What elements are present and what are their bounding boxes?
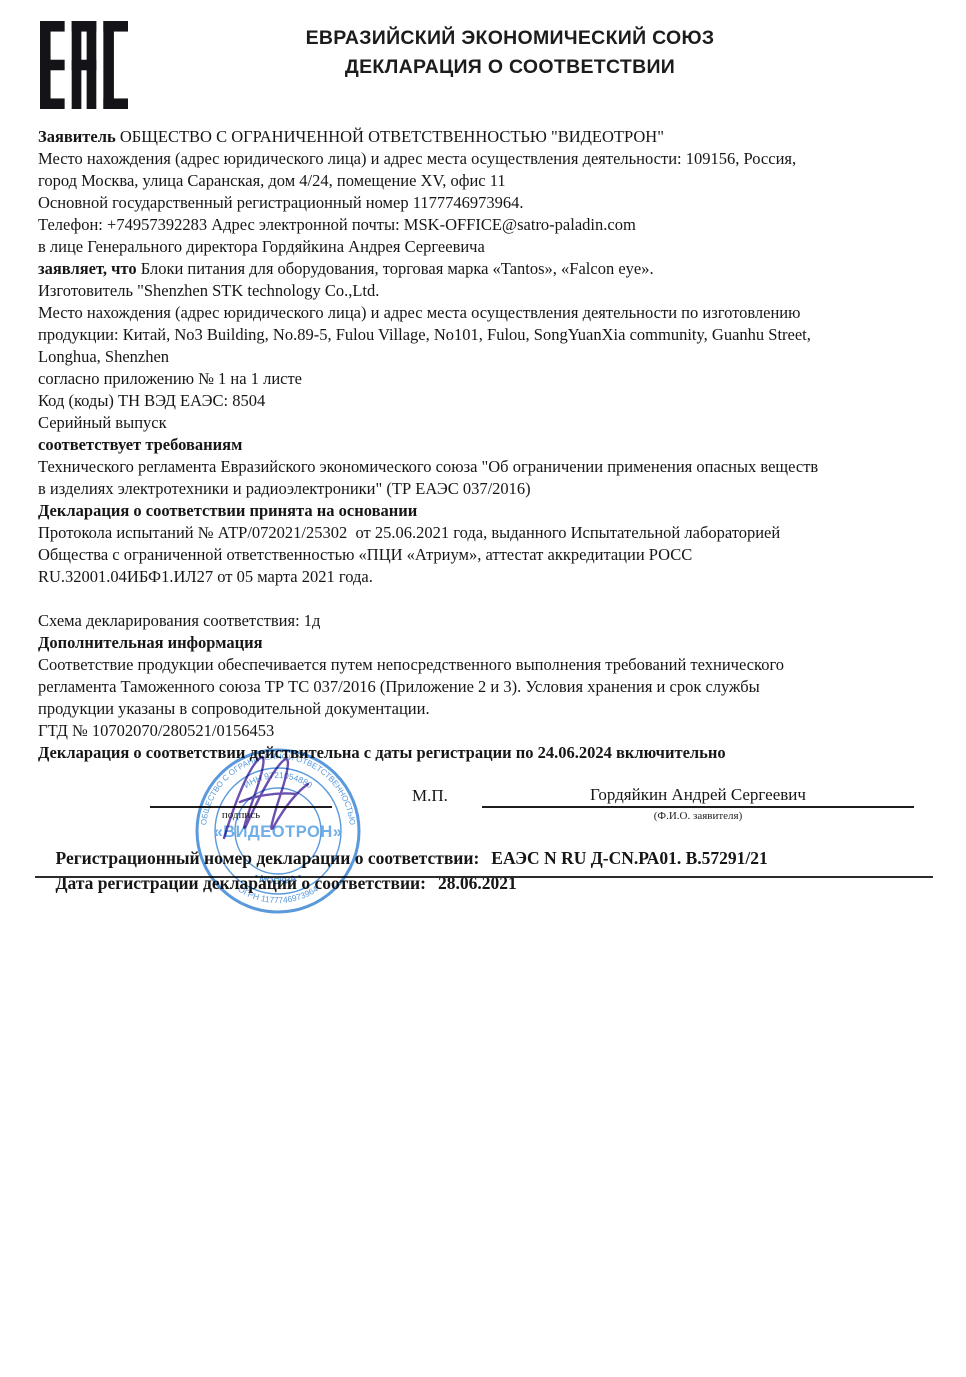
handwritten-signature bbox=[196, 746, 356, 856]
doc-line: Изготовитель "Shenzhen STK technology Co… bbox=[38, 280, 940, 302]
doc-line: продукции указаны в сопроводительной док… bbox=[38, 698, 940, 720]
doc-line: Соответствие продукции обеспечивается пу… bbox=[38, 654, 940, 676]
doc-line: заявляет, что Блоки питания для оборудов… bbox=[38, 258, 940, 280]
bottom-rule bbox=[35, 876, 933, 878]
stamp-ring-inner-bottom-text: • МОСКВА • bbox=[253, 871, 303, 886]
svg-text:• МОСКВА •: • МОСКВА • bbox=[253, 871, 303, 886]
doc-line: Основной государственный регистрационный… bbox=[38, 192, 940, 214]
doc-line: регламента Таможенного союза ТР ТС 037/2… bbox=[38, 676, 940, 698]
applicant-name-caption: (Ф.И.О. заявителя) bbox=[482, 810, 914, 822]
doc-line: RU.32001.04ИБФ1.ИЛ27 от 05 марта 2021 го… bbox=[38, 566, 940, 588]
doc-line: Телефон: +74957392283 Адрес электронной … bbox=[38, 214, 940, 236]
doc-line: продукции: Китай, No3 Building, No.89-5,… bbox=[38, 324, 940, 346]
doc-line: Longhua, Shenzhen bbox=[38, 346, 940, 368]
doc-line: Дополнительная информация bbox=[38, 632, 940, 654]
doc-line: Схема декларирования соответствия: 1д bbox=[38, 610, 940, 632]
doc-line: Технического регламента Евразийского эко… bbox=[38, 456, 940, 478]
doc-line bbox=[38, 588, 940, 610]
doc-line: в изделиях электротехники и радиоэлектро… bbox=[38, 478, 940, 500]
declaration-document: ЕВРАЗИЙСКИЙ ЭКОНОМИЧЕСКИЙ СОЮЗ ДЕКЛАРАЦИ… bbox=[0, 0, 966, 1377]
document-title: ЕВРАЗИЙСКИЙ ЭКОНОМИЧЕСКИЙ СОЮЗ ДЕКЛАРАЦИ… bbox=[60, 24, 960, 82]
doc-line: Серийный выпуск bbox=[38, 412, 940, 434]
doc-line: Заявитель ОБЩЕСТВО С ОГРАНИЧЕННОЙ ОТВЕТС… bbox=[38, 126, 940, 148]
doc-line: Протокола испытаний № АТР/072021/25302 о… bbox=[38, 522, 940, 544]
applicant-name: Гордяйкин Андрей Сергеевич bbox=[482, 785, 914, 805]
doc-line: Декларация о соответствии принята на осн… bbox=[38, 500, 940, 522]
registration-number-value: ЕАЭС N RU Д-CN.РА01. В.57291/21 bbox=[491, 848, 767, 868]
doc-line: город Москва, улица Саранская, дом 4/24,… bbox=[38, 170, 940, 192]
applicant-name-line bbox=[482, 806, 914, 808]
doc-line: Код (коды) ТН ВЭД ЕАЭС: 8504 bbox=[38, 390, 940, 412]
doc-line: Место нахождения (адрес юридического лиц… bbox=[38, 148, 940, 170]
stamp-place-label: М.П. bbox=[412, 786, 448, 806]
document-body: Заявитель ОБЩЕСТВО С ОГРАНИЧЕННОЙ ОТВЕТС… bbox=[38, 126, 940, 764]
doc-line: Общества с ограниченной ответственностью… bbox=[38, 544, 940, 566]
doc-line: в лице Генерального директора Гордяйкина… bbox=[38, 236, 940, 258]
doc-line: согласно приложению № 1 на 1 листе bbox=[38, 368, 940, 390]
doc-line: Место нахождения (адрес юридического лиц… bbox=[38, 302, 940, 324]
title-line-declaration: ДЕКЛАРАЦИЯ О СООТВЕТСТВИИ bbox=[60, 53, 960, 82]
title-line-union: ЕВРАЗИЙСКИЙ ЭКОНОМИЧЕСКИЙ СОЮЗ bbox=[60, 24, 960, 53]
doc-line: Декларация о соответствии действительна … bbox=[38, 742, 940, 764]
doc-line: ГТД № 10702070/280521/0156453 bbox=[38, 720, 940, 742]
doc-line: соответствует требованиям bbox=[38, 434, 940, 456]
